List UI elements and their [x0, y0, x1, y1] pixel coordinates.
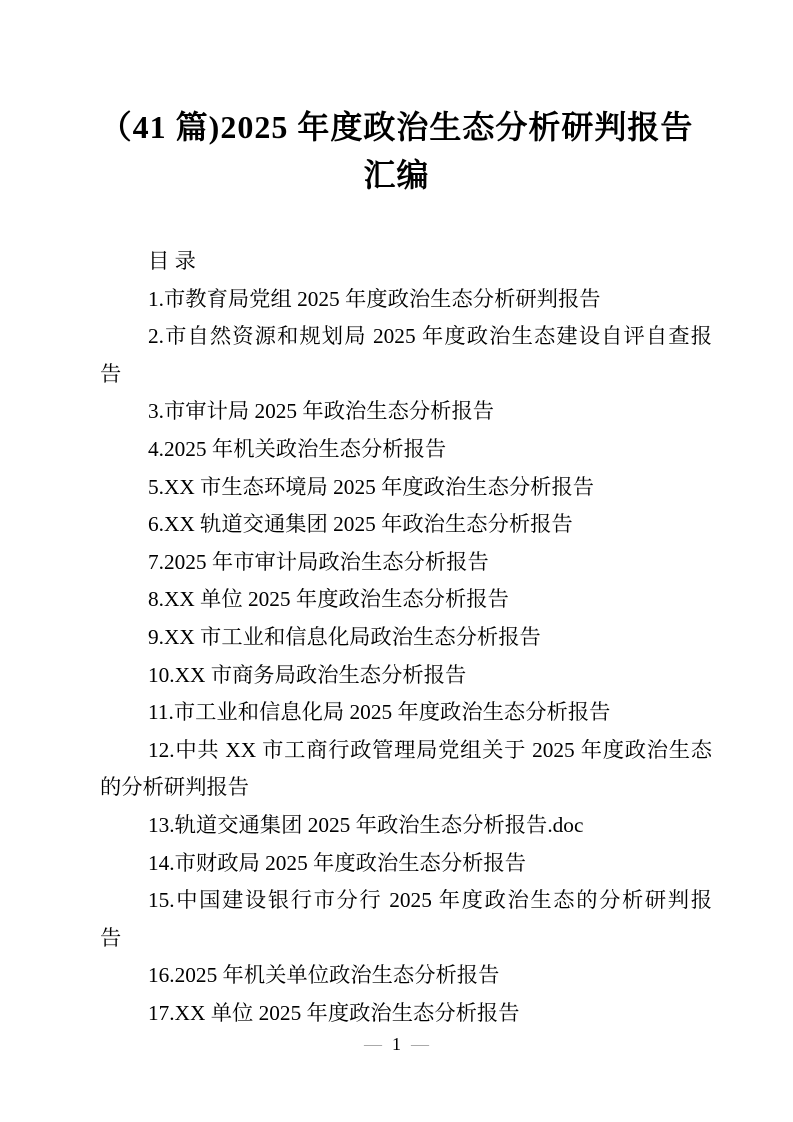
toc-line: 告: [100, 356, 712, 394]
toc-entry: 5.XX 市生态环境局 2025 年度政治生态分析报告: [100, 469, 712, 507]
toc-line: 告: [100, 920, 712, 958]
toc-entry: 7.2025 年市审计局政治生态分析报告: [100, 544, 712, 582]
toc-line: 11.市工业和信息化局 2025 年度政治生态分析报告: [100, 694, 712, 732]
toc-line: 9.XX 市工业和信息化局政治生态分析报告: [100, 619, 712, 657]
toc-line: 4.2025 年机关政治生态分析报告: [100, 431, 712, 469]
document-title-line1: （41 篇)2025 年度政治生态分析研判报告: [0, 103, 793, 151]
toc-line: 12.中共 XX 市工商行政管理局党组关于 2025 年度政治生态: [100, 732, 712, 770]
toc-entry: 14.市财政局 2025 年度政治生态分析报告: [100, 845, 712, 883]
toc-entry: 4.2025 年机关政治生态分析报告: [100, 431, 712, 469]
toc-entry: 15.中国建设银行市分行 2025 年度政治生态的分析研判报告: [100, 882, 712, 957]
toc-entry: 12.中共 XX 市工商行政管理局党组关于 2025 年度政治生态的分析研判报告: [100, 732, 712, 807]
toc-line: 5.XX 市生态环境局 2025 年度政治生态分析报告: [100, 469, 712, 507]
document-title: （41 篇)2025 年度政治生态分析研判报告 汇编: [0, 0, 793, 199]
toc-line: 16.2025 年机关单位政治生态分析报告: [100, 957, 712, 995]
toc-line: 7.2025 年市审计局政治生态分析报告: [100, 544, 712, 582]
table-of-contents: 目 录 1.市教育局党组 2025 年度政治生态分析研判报告2.市自然资源和规划…: [100, 243, 712, 1032]
toc-line: 17.XX 单位 2025 年度政治生态分析报告: [100, 995, 712, 1033]
document-title-line2: 汇编: [0, 151, 793, 199]
page-number: 1: [392, 1034, 401, 1054]
toc-line: 1.市教育局党组 2025 年度政治生态分析研判报告: [100, 281, 712, 319]
toc-entry: 17.XX 单位 2025 年度政治生态分析报告: [100, 995, 712, 1033]
toc-line: 的分析研判报告: [100, 769, 712, 807]
page-footer: —1—: [0, 1032, 793, 1056]
toc-entry: 9.XX 市工业和信息化局政治生态分析报告: [100, 619, 712, 657]
footer-dash-right: —: [401, 1034, 439, 1054]
toc-line: 15.中国建设银行市分行 2025 年度政治生态的分析研判报: [100, 882, 712, 920]
toc-entry: 8.XX 单位 2025 年度政治生态分析报告: [100, 581, 712, 619]
toc-line: 3.市审计局 2025 年政治生态分析报告: [100, 393, 712, 431]
toc-entries: 1.市教育局党组 2025 年度政治生态分析研判报告2.市自然资源和规划局 20…: [100, 281, 712, 1033]
footer-dash-left: —: [354, 1034, 392, 1054]
toc-heading: 目 录: [100, 243, 712, 281]
toc-line: 14.市财政局 2025 年度政治生态分析报告: [100, 845, 712, 883]
toc-entry: 13.轨道交通集团 2025 年政治生态分析报告.doc: [100, 807, 712, 845]
toc-entry: 3.市审计局 2025 年政治生态分析报告: [100, 393, 712, 431]
toc-line: 6.XX 轨道交通集团 2025 年政治生态分析报告: [100, 506, 712, 544]
toc-entry: 11.市工业和信息化局 2025 年度政治生态分析报告: [100, 694, 712, 732]
toc-line: 13.轨道交通集团 2025 年政治生态分析报告.doc: [100, 807, 712, 845]
toc-entry: 16.2025 年机关单位政治生态分析报告: [100, 957, 712, 995]
toc-line: 10.XX 市商务局政治生态分析报告: [100, 657, 712, 695]
toc-entry: 6.XX 轨道交通集团 2025 年政治生态分析报告: [100, 506, 712, 544]
toc-line: 8.XX 单位 2025 年度政治生态分析报告: [100, 581, 712, 619]
toc-entry: 1.市教育局党组 2025 年度政治生态分析研判报告: [100, 281, 712, 319]
toc-entry: 10.XX 市商务局政治生态分析报告: [100, 657, 712, 695]
toc-entry: 2.市自然资源和规划局 2025 年度政治生态建设自评自查报告: [100, 318, 712, 393]
document-page: （41 篇)2025 年度政治生态分析研判报告 汇编 目 录 1.市教育局党组 …: [0, 0, 793, 1122]
toc-line: 2.市自然资源和规划局 2025 年度政治生态建设自评自查报: [100, 318, 712, 356]
